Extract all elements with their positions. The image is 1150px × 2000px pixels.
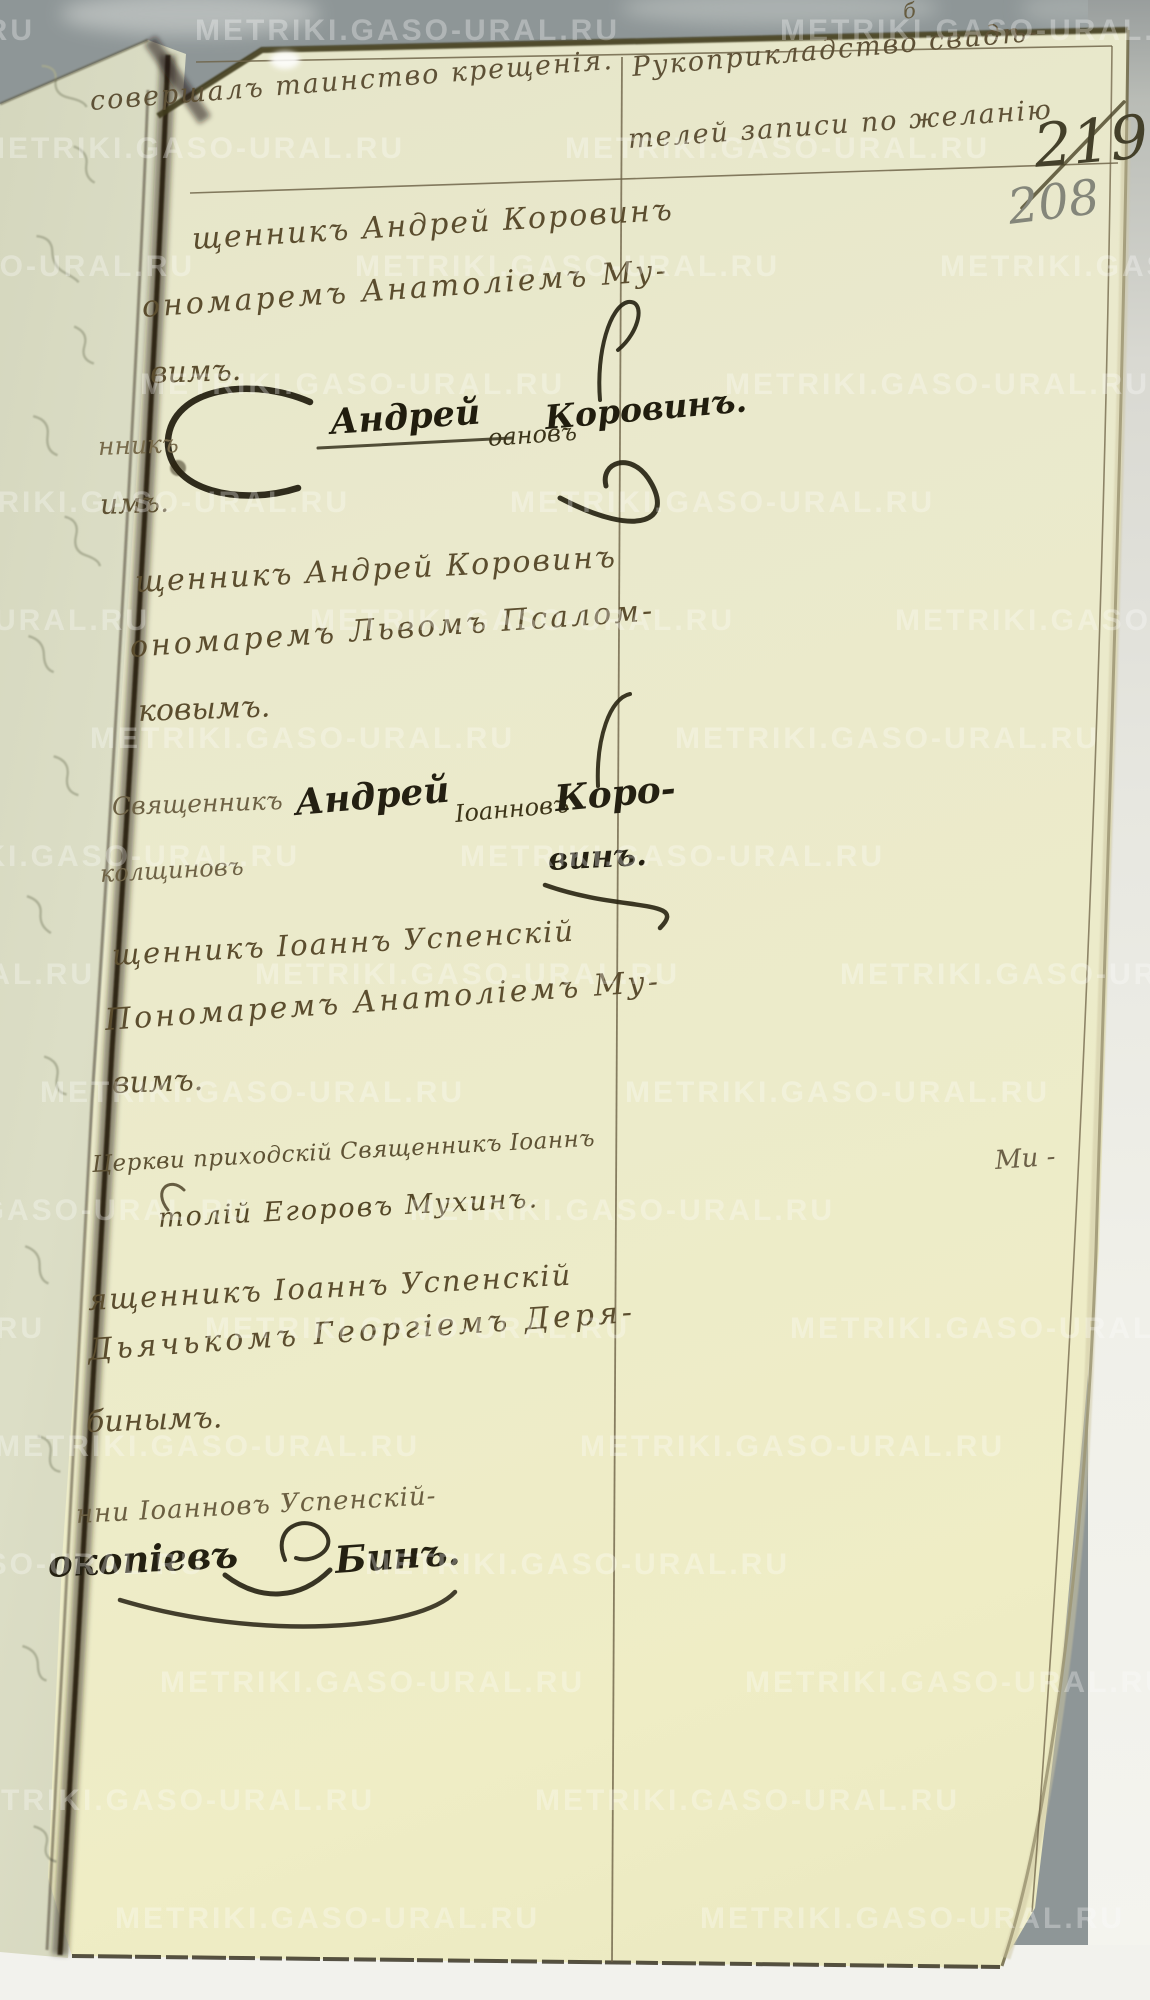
watermark-text: METRIKI.GASO-URAL.RU [365, 1548, 790, 1582]
watermark-text: METRIKI.GASO-URAL.RU [780, 14, 1150, 48]
watermark-text: METRIKI.GASO-URAL.RU [0, 1194, 250, 1228]
watermark-text: METRIKI.GASO-URAL.RU [725, 368, 1150, 402]
watermark-text: METRIKI.GASO-URAL.RU [0, 132, 405, 166]
watermark-text: METRIKI.GASO-URAL.RU [0, 486, 350, 520]
watermark-text: METRIKI.GASO-URAL.RU [580, 1430, 1005, 1464]
watermark-layer: METRIKI.GASO-URAL.RUMETRIKI.GASO-URAL.RU… [0, 0, 1150, 2000]
watermark-text: METRIKI.GASO-URAL.RU [460, 840, 885, 874]
watermark-text: METRIKI.GASO-URAL.RU [700, 1902, 1125, 1936]
watermark-text: METRIKI.GASO-URAL.RU [0, 1430, 420, 1464]
watermark-text: METRIKI.GASO-URAL.RU [195, 14, 620, 48]
watermark-text: METRIKI.GASO-URAL.RU [790, 1312, 1150, 1346]
watermark-text: METRIKI.GASO-URAL.RU [410, 1194, 835, 1228]
watermark-text: METRIKI.GASO-URAL.RU [625, 1076, 1050, 1110]
watermark-text: METRIKI.GASO-URAL.RU [0, 250, 195, 284]
watermark-text: METRIKI.GASO-URAL.RU [565, 132, 990, 166]
watermark-text: METRIKI.GASO-URAL.RU [535, 1784, 960, 1818]
watermark-text: METRIKI.GASO-URAL.RU [115, 1902, 540, 1936]
watermark-text: METRIKI.GASO-URAL.RU [675, 722, 1100, 756]
watermark-text: METRIKI.GASO-URAL.RU [0, 840, 300, 874]
watermark-text: METRIKI.GASO-URAL.RU [0, 14, 35, 48]
watermark-text: METRIKI.GASO-URAL.RU [40, 1076, 465, 1110]
watermark-text: METRIKI.GASO-URAL.RU [840, 958, 1150, 992]
watermark-text: METRIKI.GASO-URAL.RU [90, 722, 515, 756]
watermark-text: METRIKI.GASO-URAL.RU [510, 486, 935, 520]
watermark-text: METRIKI.GASO-URAL.RU [0, 958, 95, 992]
watermark-text: METRIKI.GASO-URAL.RU [0, 1548, 205, 1582]
watermark-text: METRIKI.GASO-URAL.RU [745, 1666, 1150, 1700]
watermark-text: METRIKI.GASO-URAL.RU [0, 1312, 45, 1346]
watermark-text: METRIKI.GASO-URAL.RU [895, 604, 1150, 638]
watermark-text: METRIKI.GASO-URAL.RU [0, 604, 150, 638]
watermark-text: METRIKI.GASO-URAL.RU [0, 1784, 375, 1818]
watermark-text: METRIKI.GASO-URAL.RU [940, 250, 1150, 284]
watermark-text: METRIKI.GASO-URAL.RU [160, 1666, 585, 1700]
watermark-text: METRIKI.GASO-URAL.RU [140, 368, 565, 402]
watermark-text: METRIKI.GASO-URAL.RU [255, 958, 680, 992]
watermark-text: METRIKI.GASO-URAL.RU [205, 1312, 630, 1346]
watermark-text: METRIKI.GASO-URAL.RU [310, 604, 735, 638]
scanned-register-page: совершалъ таинство крещенія. Рукоприклад… [0, 0, 1150, 2000]
watermark-text: METRIKI.GASO-URAL.RU [355, 250, 780, 284]
